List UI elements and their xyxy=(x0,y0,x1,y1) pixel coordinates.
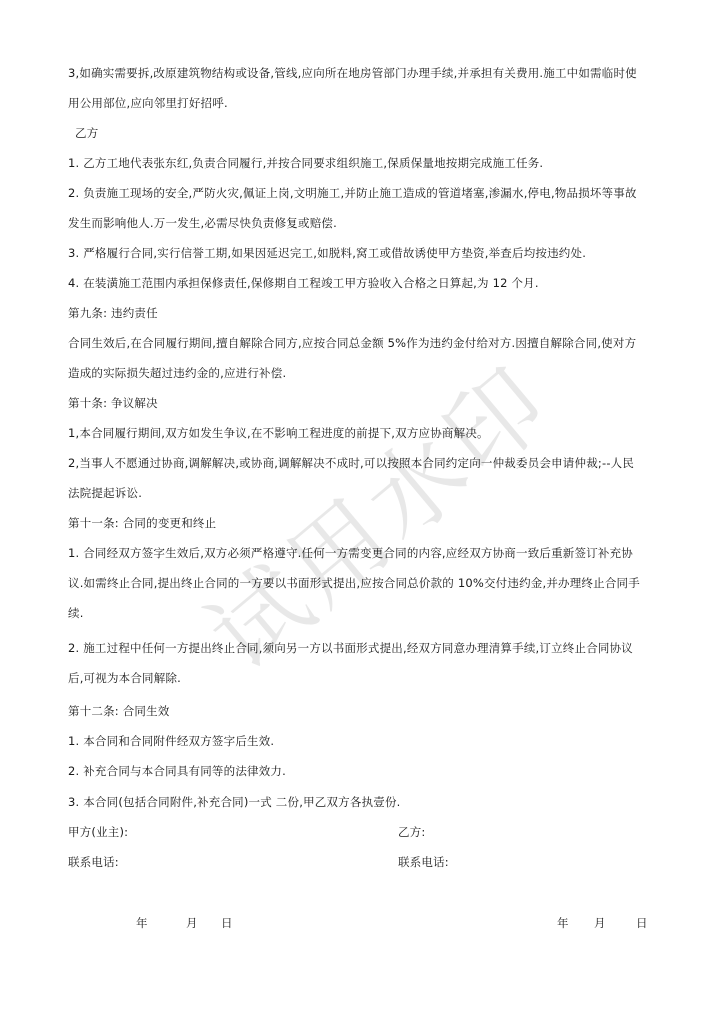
document-line: 议.如需终止合同,提出终止合同的一方要以书面形式提出,应按合同总价款的 10%交… xyxy=(68,576,640,590)
document-line: 2. 负责施工现场的安全,严防火灾,佩证上岗,文明施工,并防止施工造成的管道堵塞… xyxy=(68,186,637,200)
party-a-phone-label: 联系电话: xyxy=(68,855,119,869)
document-line: 第十二条: 合同生效 xyxy=(68,704,170,718)
document-line: 合同生效后,在合同履行期间,擅自解除合同方,应按合同总金额 5%作为违约金付给对… xyxy=(68,336,636,350)
date-left-year: 年 xyxy=(136,916,148,930)
document-line: 发生而影响他人.万一发生,必需尽快负责修复或赔偿. xyxy=(68,216,337,230)
document-line: 造成的实际损失超过违约金的,应进行补偿. xyxy=(68,366,286,380)
document-line: 用公用部位,应向邻里打好招呼. xyxy=(68,96,228,110)
document-line: 1. 合同经双方签字生效后,双方必须严格遵守.任何一方需变更合同的内容,应经双方… xyxy=(68,546,633,560)
party-b-phone-label: 联系电话: xyxy=(398,855,449,869)
party-a-label: 甲方(业主): xyxy=(68,825,128,839)
document-line: 第十条: 争议解决 xyxy=(68,396,158,410)
date-right-day: 日 xyxy=(636,916,648,930)
date-right-year: 年 xyxy=(557,916,569,930)
document-line: 4. 在装潢施工范围内承担保修责任,保修期自工程竣工甲方验收入合格之日算起,为 … xyxy=(68,276,539,290)
date-left-day: 日 xyxy=(221,916,233,930)
document-line: 法院提起诉讼. xyxy=(68,486,142,500)
document-line: 2. 补充合同与本合同具有同等的法律效力. xyxy=(68,764,286,778)
document-line: 1,本合同履行期间,双方如发生争议,在不影响工程进度的前提下,双方应协商解决。 xyxy=(68,426,489,440)
document-line: 2,当事人不愿通过协商,调解解决,或协商,调解解决不成时,可以按照本合同约定向一… xyxy=(68,456,634,470)
document-line: 后,可视为本合同解除. xyxy=(68,671,181,685)
document-line: 2. 施工过程中任何一方提出终止合同,须向另一方以书面形式提出,经双方同意办理清… xyxy=(68,641,633,655)
document-line: 第十一条: 合同的变更和终止 xyxy=(68,516,216,530)
date-right-month: 月 xyxy=(594,916,606,930)
document-line: 3,如确实需要拆,改原建筑物结构或设备,管线,应向所在地房管部门办理手续,并承担… xyxy=(68,66,637,80)
document-page: 3,如确实需要拆,改原建筑物结构或设备,管线,应向所在地房管部门办理手续,并承担… xyxy=(0,0,724,1024)
document-line: 第九条: 违约责任 xyxy=(68,306,158,320)
document-line: 乙方 xyxy=(75,126,98,140)
document-line: 1. 乙方工地代表张东红,负责合同履行,并按合同要求组织施工,保质保量地按期完成… xyxy=(68,156,543,170)
party-b-label: 乙方: xyxy=(398,825,425,839)
date-left-month: 月 xyxy=(186,916,198,930)
document-line: 3. 本合同(包括合同附件,补充合同)一式 二份,甲乙双方各执壹份. xyxy=(68,795,401,809)
document-line: 1. 本合同和合同附件经双方签字后生效. xyxy=(68,734,274,748)
document-line: 3. 严格履行合同,实行信誉工期,如果因延迟完工,如脱料,窝工或借故诱使甲方垫资… xyxy=(68,246,586,260)
document-line: 续. xyxy=(68,606,84,620)
